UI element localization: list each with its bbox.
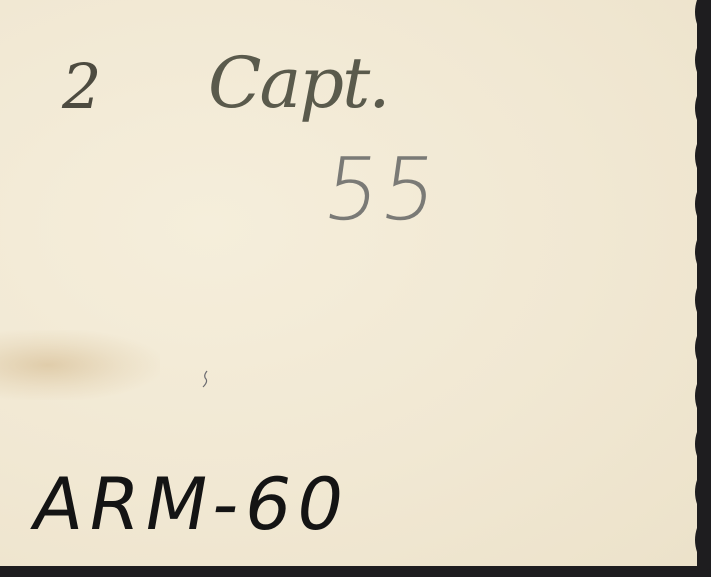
handwritten-rank: Capt. <box>208 42 388 124</box>
deckled-edge-right <box>693 0 711 577</box>
handwritten-number: 2 <box>62 50 101 123</box>
deckled-edge-bottom <box>0 563 711 577</box>
pencil-mark <box>202 370 208 388</box>
catalog-code: ARM-60 <box>27 462 357 546</box>
foxing-stain <box>0 330 160 400</box>
photo-card-back: 2 Capt. 55 ARM-60 <box>0 0 697 566</box>
pencil-number: 55 <box>318 140 445 240</box>
